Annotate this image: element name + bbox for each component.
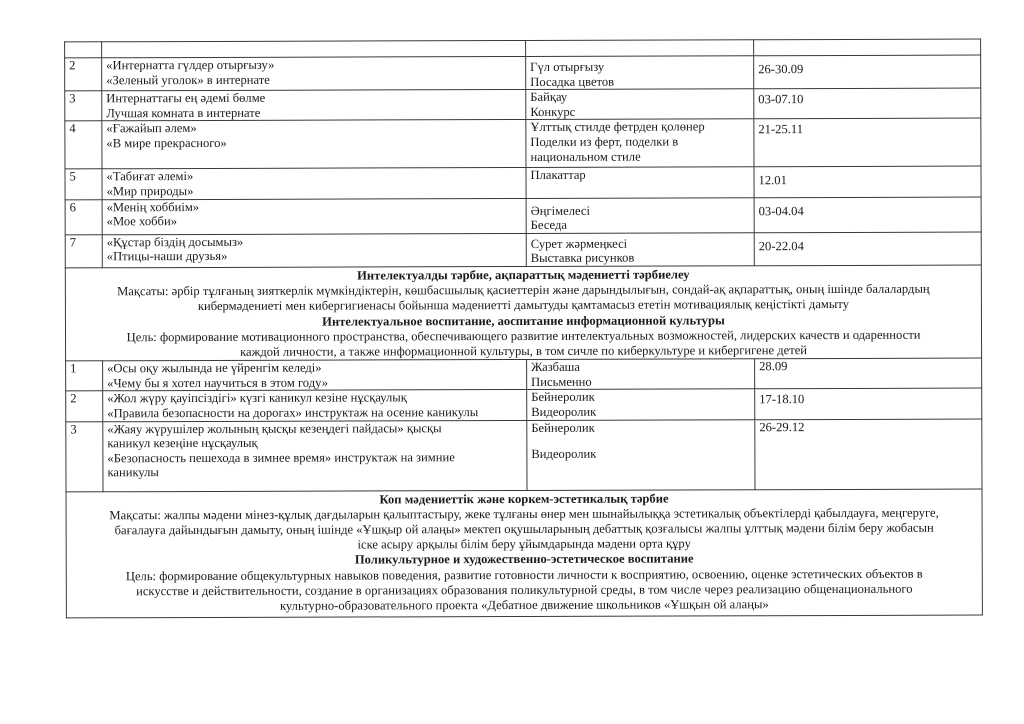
event-name-ru: «В мире прекрасного» (106, 135, 521, 151)
event-name-kz: Интернаттағы ең әдемі бөлме (106, 90, 521, 106)
date-text: 21-25.11 (758, 119, 976, 137)
table-row: 2 «Интернатта гүлдер отырғызу» «Зеленый … (65, 55, 981, 91)
date-text: 12.01 (758, 167, 976, 188)
event-name-ru: «Безопасность пешехода в зимнее время» и… (107, 450, 522, 466)
event-form-cell: Бейнеролик Видеоролик (527, 419, 755, 490)
date-text: 17-18.10 (759, 389, 977, 407)
event-form-kz: Әңгімелесі (531, 198, 750, 218)
event-name-kz: «Табиғат әлемі» (106, 168, 521, 184)
table-row: 1 «Осы оқу жылында не үйренгім келеді» «… (66, 358, 982, 391)
section-cell: Коп мәдениеттік және коркем-эстетикалық … (66, 489, 982, 619)
event-form-kz: Бейнеролик (531, 420, 750, 435)
event-name-ru: «Зеленый уголок» в интернате (106, 72, 521, 88)
event-form-ru-cont: национальном стиле (530, 149, 749, 164)
event-name-kz: «Менің хоббиім» (107, 199, 522, 215)
event-name-cell: «Ғажайып әлем» «В мире прекрасного» (102, 120, 526, 169)
event-form-cell: Бейнеролик Видеоролик (527, 389, 755, 420)
event-name-cell: «Жол жүру қауіпсіздігі» күзгі каникул ке… (103, 390, 527, 422)
date-text: 03-07.10 (758, 89, 976, 107)
event-name-kz: «Ғажайып әлем» (106, 120, 521, 136)
event-form-kz: Сурет жәрмеңкесі (531, 233, 750, 251)
event-name-cell: «Интернатта гүлдер отырғызу» «Зеленый уг… (102, 56, 526, 91)
section-header-intellectual: Интелектуалды тәрбие, ақпараттық мәдение… (65, 265, 981, 361)
event-name-cell: «Осы оқу жылында не үйренгім келеді» «Че… (103, 360, 527, 392)
table-row: 3 Интернаттағы ең әдемі бөлме Лучшая ком… (65, 88, 981, 121)
date-text: 26-30.09 (758, 56, 976, 77)
event-name-kz: «Жаяу жүрушілер жолының қысқы кезеңдегі … (107, 421, 522, 437)
row-number: 3 (65, 91, 102, 121)
event-name-kz: «Интернатта гүлдер отырғызу» (106, 57, 521, 73)
event-name-ru: «Правила безопасности на дорогах» инстру… (107, 405, 522, 421)
section-goal-ru-cont-2: культурно-образовательного проекта «Деба… (71, 597, 978, 615)
event-form-ru: Видеоролик (531, 446, 750, 461)
table-row: 6 «Менің хоббиім» «Мое хобби» Әңгімелесі… (65, 197, 981, 235)
scanned-document-page: 2 «Интернатта гүлдер отырғызу» «Зеленый … (0, 0, 1024, 724)
table-row: 3 «Жаяу жүрушілер жолының қысқы кезеңдег… (66, 419, 982, 492)
event-name-ru: «Мир природы» (107, 183, 522, 199)
event-form-cell: Гүл отырғызу Посадка цветов (526, 56, 754, 90)
section-goal-ru-cont: искусстве и действительности, создание в… (71, 581, 978, 599)
date-text: 03-04.04 (759, 197, 977, 218)
event-date: 03-04.04 (754, 197, 981, 233)
date-text: 26-29.12 (759, 419, 977, 434)
row-number: 4 (65, 121, 102, 169)
event-form-ru: Беседа (531, 217, 750, 232)
event-name-cell: «Жаяу жүрушілер жолының қысқы кезеңдегі … (103, 420, 527, 491)
event-form-cell: Плакаттар (526, 167, 754, 198)
table-row: 7 «Құстар біздің досымыз» «Птицы-наши др… (65, 232, 981, 268)
spacer (531, 434, 750, 447)
event-name-kz: «Осы оқу жылында не үйренгім келеді» (107, 360, 522, 376)
event-name-ru: «Птицы-наши друзья» (107, 248, 522, 264)
event-plan-table: 2 «Интернатта гүлдер отырғызу» «Зеленый … (64, 39, 983, 619)
event-date: 12.01 (754, 166, 981, 197)
event-name-kz: «Құстар біздің досымыз» (107, 234, 522, 250)
event-name-cell: Интернаттағы ең әдемі бөлме Лучшая комна… (102, 90, 526, 122)
event-form-cell: Ұлттық стилде фетрден қолөнер Поделки из… (526, 119, 754, 168)
event-date: 21-25.11 (754, 118, 981, 167)
event-name-ru-cont: каникулы (107, 464, 522, 480)
event-name-kz: «Жол жүру қауіпсіздігі» күзгі каникул ке… (107, 390, 522, 406)
date-text: 28.09 (759, 359, 977, 374)
event-name-cell: «Менің хоббиім» «Мое хобби» (102, 198, 526, 235)
date-text: 20-22.04 (759, 232, 977, 253)
table-cell (65, 42, 102, 58)
table-cell (526, 40, 754, 57)
row-number: 1 (66, 361, 103, 391)
table-cell (754, 39, 981, 56)
event-date: 20-22.04 (754, 232, 981, 266)
event-name-kz-cont: каникул кезеңіне нұсқаулық (107, 435, 522, 451)
table-cell (102, 40, 526, 57)
event-form-ru: Конкурс (530, 104, 749, 119)
row-number: 7 (65, 235, 102, 268)
row-number: 2 (66, 391, 103, 421)
section-cell: Интелектуалды тәрбие, ақпараттық мәдение… (65, 265, 981, 361)
row-number: 3 (66, 421, 103, 491)
event-form-kz: Байқау (530, 89, 749, 104)
section-goal-kz-cont: кибермәдениеті мен кибергигиенасы бойынш… (70, 297, 977, 315)
table-row: 4 «Ғажайып әлем» «В мире прекрасного» Ұл… (65, 118, 981, 169)
event-form-ru: Поделки из ферт, поделки в (530, 134, 749, 149)
event-form-cell: Байқау Конкурс (526, 89, 754, 120)
event-form-ru: Письменно (531, 374, 750, 389)
section-header-multicultural: Коп мәдениеттік және коркем-эстетикалық … (66, 489, 982, 619)
section-goal-kz-cont: бағалауға дайындығын дамыту, оның ішінде… (71, 521, 978, 539)
event-date: 03-07.10 (754, 88, 981, 119)
event-name-ru: «Мое хобби» (107, 213, 522, 229)
event-form-kz: Жазбаша (531, 359, 750, 374)
row-number: 5 (65, 169, 102, 199)
event-form-kz: Плакаттар (530, 168, 749, 183)
event-form-cell: Жазбаша Письменно (527, 359, 755, 390)
event-date: 26-29.12 (755, 419, 982, 490)
event-form-ru: Посадка цветов (530, 74, 749, 89)
event-form-kz: Ұлттық стилде фетрден қолөнер (530, 120, 749, 135)
event-date: 28.09 (755, 358, 982, 389)
row-number: 2 (65, 58, 102, 91)
row-number: 6 (65, 199, 102, 234)
table-row: 5 «Табиғат әлемі» «Мир природы» Плакатта… (65, 166, 981, 199)
event-date: 26-30.09 (754, 55, 981, 89)
event-name-cell: «Құстар біздің досымыз» «Птицы-наши друз… (102, 233, 526, 268)
event-date: 17-18.10 (755, 388, 982, 419)
event-form-cell: Сурет жәрмеңкесі Выставка рисунков (526, 233, 754, 267)
event-form-ru: Выставка рисунков (531, 251, 750, 266)
table-row: 2 «Жол жүру қауіпсіздігі» күзгі каникул … (66, 388, 982, 421)
section-goal-ru: Цель: формирование мотивационного простр… (70, 327, 977, 345)
event-name-ru: Лучшая комната в интернате (106, 105, 521, 121)
event-form-kz: Бейнеролик (531, 390, 750, 405)
event-name-ru: «Чему бы я хотел научиться в этом году» (107, 375, 522, 391)
event-form-cell: Әңгімелесі Беседа (526, 197, 754, 233)
event-form-kz: Гүл отырғызу (530, 56, 749, 74)
event-form-ru: Видеоролик (531, 404, 750, 419)
event-name-cell: «Табиғат әлемі» «Мир природы» (102, 168, 526, 200)
